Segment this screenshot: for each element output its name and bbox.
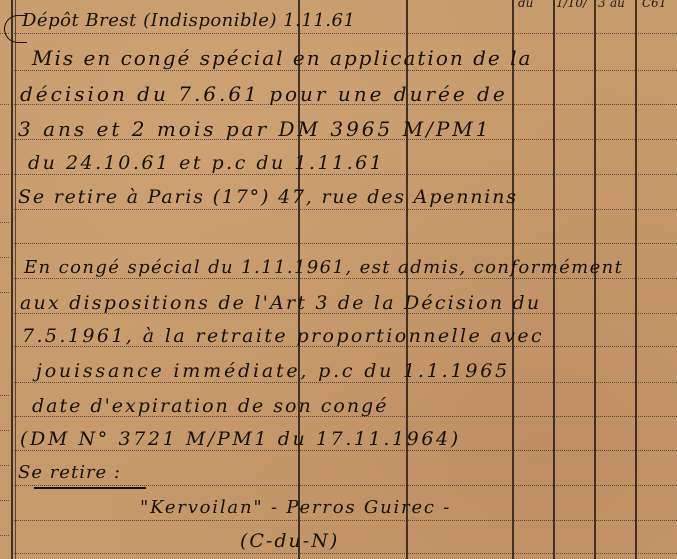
handwritten-line: "Kervoilan" - Perros Guirec - [140,497,451,518]
margin-tick [0,535,9,536]
column-divider [594,0,596,559]
ruled-line [14,174,677,175]
handwritten-line: jouissance immédiate, p.c du 1.1.1965 [36,360,510,382]
handwritten-line: (DM N° 3721 M/PM1 du 17.11.1964) [20,428,461,450]
handwritten-line: date d'expiration de son congé [32,395,388,417]
margin-tick [0,500,9,501]
handwritten-line: Mis en congé spécial en application de l… [32,46,532,70]
handwritten-underline [34,487,146,489]
header-fragment: 1/10/ [556,0,587,10]
ledger-page: du 1/10/ 3 au C61 Dépôt Brest (Indisponi… [0,0,677,559]
margin-line-inner [15,0,16,559]
ruled-line [14,450,677,451]
handwritten-line: 3 ans et 2 mois par DM 3965 M/PM1 [18,117,492,141]
margin-line [11,0,13,559]
handwritten-line: Dépôt Brest (Indisponible) 1.11.61 [22,10,355,31]
margin-tick [0,292,9,293]
column-divider [635,0,637,559]
ruled-line [14,485,677,486]
header-fragment: C61 [642,0,666,10]
ruled-line [14,243,677,244]
margin-tick [0,430,9,431]
handwritten-line: Se retire à Paris (17°) 47, rue des Apen… [18,186,518,208]
header-fragment: au [610,0,625,10]
ruled-line [14,209,677,210]
ruled-line [14,520,677,521]
ruled-line [14,278,677,279]
column-divider [512,0,514,559]
header-fragment: 3 [598,0,606,10]
ruled-line [14,382,677,383]
header-fragment: du [518,0,533,10]
margin-tick [0,104,9,105]
margin-tick [0,222,9,223]
margin-tick [0,257,9,258]
handwritten-line: Se retire : [18,462,121,483]
ruled-line [14,553,677,554]
margin-tick [0,174,9,175]
handwritten-line: 7.5.1961, à la retraite proportionnelle … [22,325,544,347]
handwritten-line: décision du 7.6.61 pour une durée de [20,82,508,106]
handwritten-line: aux dispositions de l'Art 3 de la Décisi… [20,292,541,314]
handwritten-line: (C-du-N) [240,530,339,552]
margin-tick [0,465,9,466]
ruled-line [14,70,677,71]
margin-tick [0,395,9,396]
ruled-line [14,33,677,34]
handwritten-line: du 24.10.61 et p.c du 1.11.61 [28,152,384,174]
column-divider [553,0,555,559]
handwritten-line: En congé spécial du 1.11.1961, est admis… [24,257,623,278]
